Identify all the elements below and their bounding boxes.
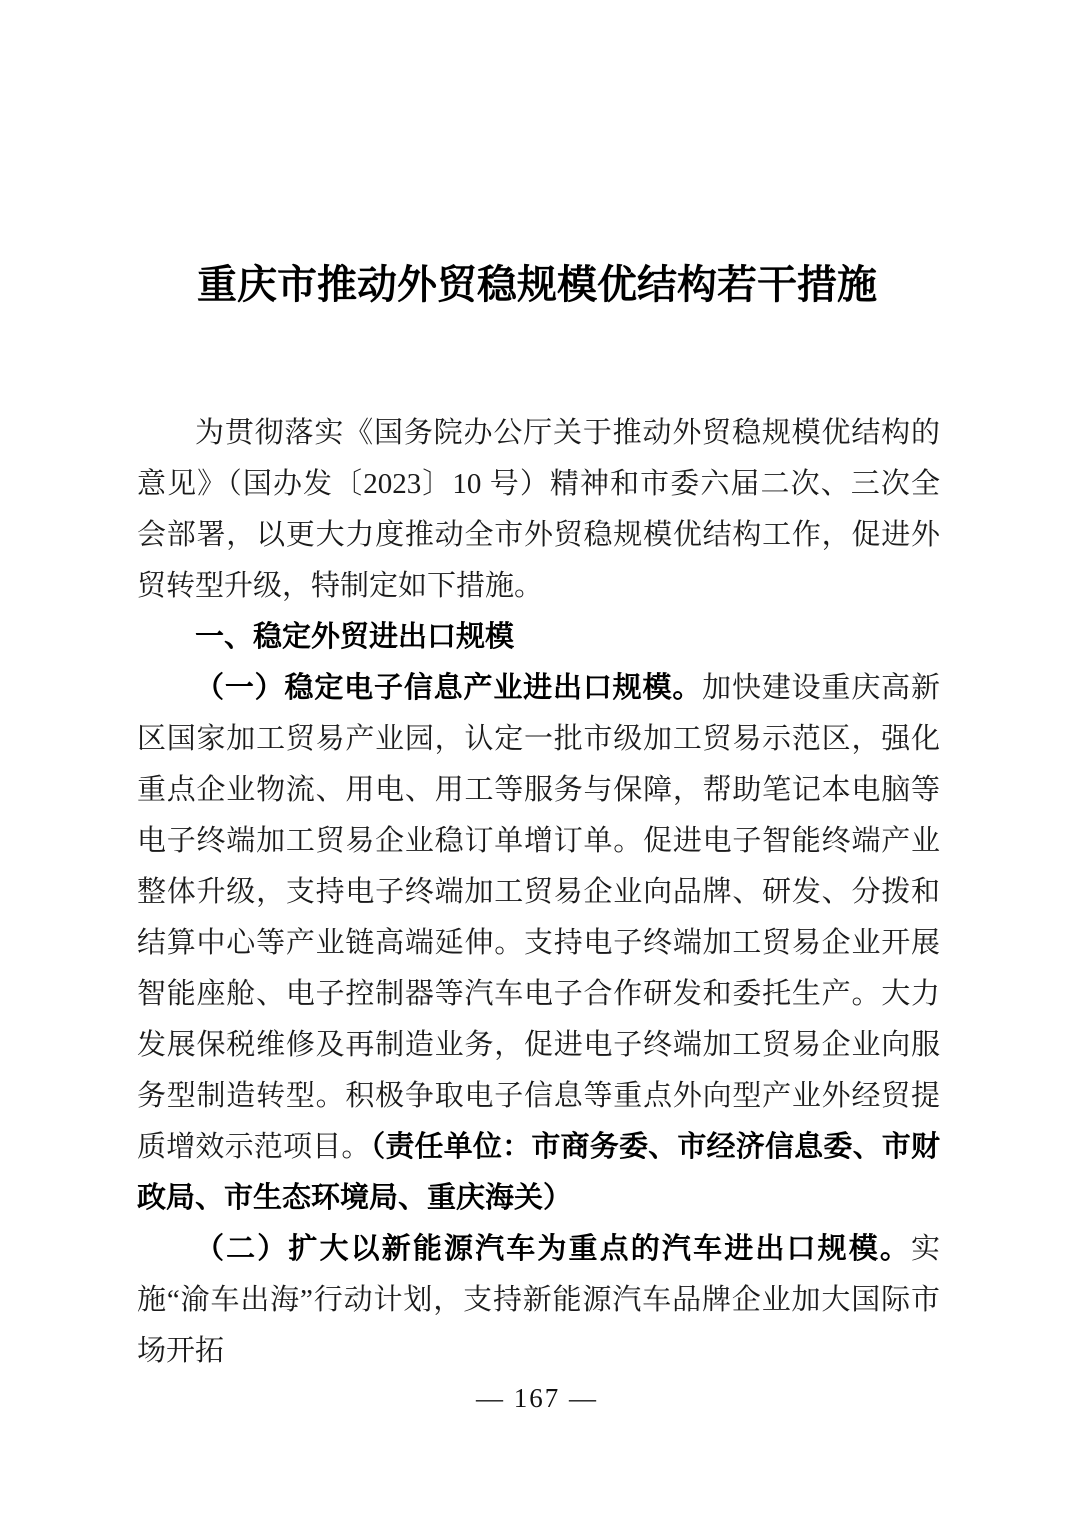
measure-item-2-title: （二）扩大以新能源汽车为重点的汽车进出口规模。 xyxy=(195,1233,911,1265)
measure-item-1-title: （一）稳定电子信息产业进出口规模。 xyxy=(195,672,702,704)
intro-paragraph: 为贯彻落实《国务院办公厅关于推动外贸稳规模优结构的意见》（国办发〔2023〕10… xyxy=(137,408,940,612)
document-title: 重庆市推动外贸稳规模优结构若干措施 xyxy=(0,0,1074,312)
document-body: 为贯彻落实《国务院办公厅关于推动外贸稳规模优结构的意见》（国办发〔2023〕10… xyxy=(137,408,940,1377)
page-number: — 167 — xyxy=(0,1383,1074,1414)
measure-item-1: （一）稳定电子信息产业进出口规模。加快建设重庆高新区国家加工贸易产业园，认定一批… xyxy=(137,663,940,1224)
document-page: 重庆市推动外贸稳规模优结构若干措施 为贯彻落实《国务院办公厅关于推动外贸稳规模优… xyxy=(0,0,1074,1520)
measure-item-2: （二）扩大以新能源汽车为重点的汽车进出口规模。实施“渝车出海”行动计划，支持新能… xyxy=(137,1224,940,1377)
section-heading-1: 一、稳定外贸进出口规模 xyxy=(137,612,940,663)
measure-item-1-body: 加快建设重庆高新区国家加工贸易产业园，认定一批市级加工贸易示范区，强化重点企业物… xyxy=(137,672,940,1163)
intro-text: 为贯彻落实《国务院办公厅关于推动外贸稳规模优结构的意见》（国办发〔2023〕10… xyxy=(137,417,940,602)
